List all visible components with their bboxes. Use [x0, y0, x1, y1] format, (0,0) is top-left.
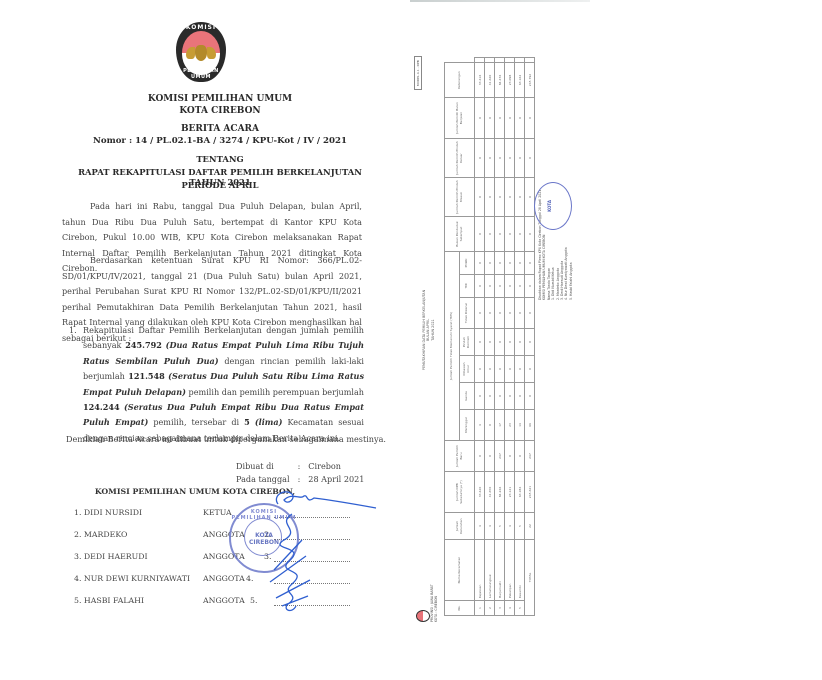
table-cell: 23: [505, 410, 515, 441]
table-cell: 0: [515, 329, 525, 356]
col-header: Keterangan: [445, 63, 475, 98]
col-header: Jumlah Pemilih Pindah Keluar: [445, 139, 475, 178]
table-cell: 5: [515, 601, 525, 616]
table-cell: 0: [505, 275, 515, 298]
table-cell: 0: [505, 98, 515, 139]
model-code-badge: MODEL A.1 - DPB: [414, 56, 422, 90]
document-number: Nomor : 14 / PL.02.1-BA / 3274 / KPU-Kot…: [60, 136, 380, 146]
male-voters: 121.548: [128, 371, 165, 381]
table-cell: 2: [485, 601, 495, 616]
table-cell: 0: [505, 329, 515, 356]
table-cell: 0: [475, 329, 485, 356]
table-cell: 0: [505, 139, 515, 178]
table-cell: 0: [475, 217, 485, 252]
table-cell: 0: [485, 178, 495, 217]
table-cell: 0: [495, 298, 505, 329]
made-at-label: Dibuat di: [236, 461, 296, 472]
table-cell: 0: [485, 217, 495, 252]
member-name: 2. MARDEKO: [74, 530, 127, 539]
table-cell: 0: [495, 252, 505, 275]
attachment-title-line: TAHUN 2021: [431, 210, 435, 450]
table-cell: 0: [495, 275, 505, 298]
total-cell: 0: [525, 275, 535, 298]
attachment-page: PROVINSI : JAWA BARAT KOTA : CIREBON PEM…: [410, 40, 570, 630]
colon: :: [298, 461, 307, 472]
table-cell: 0: [505, 441, 515, 472]
table-cell: 0: [495, 383, 505, 410]
kpu-logo-small-icon: [416, 610, 430, 622]
voter-recap-table: No. Nama Kecamatan Jumlah Kelurahan Juml…: [444, 57, 535, 616]
total-cell: 247: [525, 441, 535, 472]
signature-icon: [262, 510, 322, 620]
table-cell: 0: [485, 410, 495, 441]
date-value: 28 April 2021: [308, 474, 370, 485]
table-cell: 0: [475, 275, 485, 298]
result-text: Rekapitulasi Daftar Pemilih Berkelanjuta…: [83, 323, 364, 446]
closing-statement: Demikian Berita Acara ini dibuat untuk d…: [66, 434, 386, 444]
kecamatan-cell: Kejaksan: [475, 540, 485, 601]
table-cell: 0: [485, 98, 495, 139]
table-cell: 5: [495, 513, 505, 540]
date-label: Pada tanggal: [236, 474, 296, 485]
kecamatan-cell: Kesambi: [515, 540, 525, 601]
table-cell: 63.184: [515, 472, 525, 513]
table-row: 3Harjamukti584.24624717000000000084.476: [495, 58, 505, 616]
table-cell: 17: [495, 410, 505, 441]
table-row: 5Kesambi563.184014000000000063.162: [515, 58, 525, 616]
table-cell: 0: [495, 98, 505, 139]
table-cell: [515, 58, 525, 63]
table-cell: 41.640: [485, 63, 495, 98]
city-label: KOTA: [434, 614, 438, 622]
document-period: PERIODE APRIL: [60, 180, 380, 190]
table-row: 4Pekalipan423.121023000000000023.098: [505, 58, 515, 616]
col-header: Nama Kecamatan: [445, 540, 475, 601]
table-cell: 1: [475, 601, 485, 616]
org-city: KOTA CIREBON: [60, 106, 380, 116]
table-cell: 0: [485, 298, 495, 329]
member-row: 3. DEDI HAERUDIANGGOTA3.: [74, 552, 374, 574]
col-header: Jumlah Pemilih Bulan Berjalan: [445, 98, 475, 139]
total-cell: 0: [525, 356, 535, 383]
table-cell: 23.121: [505, 472, 515, 513]
member-row: 2. MARDEKOANGGOTA2.: [74, 530, 374, 552]
total-cell: 0: [525, 329, 535, 356]
col-header: No.: [445, 601, 475, 616]
table-cell: 0: [475, 298, 485, 329]
table-cell: 0: [485, 383, 495, 410]
table-cell: 33.416: [475, 63, 485, 98]
table-cell: 0: [515, 383, 525, 410]
logo-bottom-text: PEMILIHAN UMUM: [176, 68, 226, 80]
result-text-part: pemilih dan pemilih perempuan berjumlah: [186, 387, 364, 397]
table-cell: [505, 58, 515, 63]
kpu-logo-icon: KOMISI PEMILIHAN UMUM: [176, 22, 226, 82]
table-cell: 4: [505, 601, 515, 616]
table-cell: 63.162: [515, 63, 525, 98]
col-header: TNI: [460, 275, 475, 298]
table-cell: 0: [515, 252, 525, 275]
table-cell: 0: [515, 441, 525, 472]
table-cell: 0: [515, 98, 525, 139]
table-cell: 14: [515, 410, 525, 441]
female-voters: 124.244: [83, 402, 120, 412]
col-header: Bukan Penduduk Setempat: [445, 217, 475, 252]
total-cell: 0: [525, 178, 535, 217]
table-cell: 0: [515, 139, 525, 178]
list-number: 1.: [69, 323, 77, 338]
col-header: Jumlah Kelurahan: [445, 513, 475, 540]
total-cell: 22: [525, 513, 535, 540]
table-cell: 33.420: [475, 472, 485, 513]
member-name: 1. DIDI NURSIDI: [74, 508, 142, 517]
kecamatan-cell: Harjamukti: [495, 540, 505, 601]
tms-group-header: Jumlah Pemilih Tidak Memenuhi Syarat (TM…: [445, 252, 460, 441]
kecamatan-cell: Lemahwungkuk: [485, 540, 495, 601]
colon: :: [298, 474, 307, 485]
table-cell: 0: [485, 275, 495, 298]
logo-top-text: KOMISI: [176, 24, 226, 31]
total-cell: 0: [525, 252, 535, 275]
total-cell: 245.621: [525, 472, 535, 513]
kecamatan-count-words: (lima): [255, 417, 283, 427]
member-row: 4. NUR DEWI KURNIYAWATIANGGOTA4.: [74, 574, 374, 596]
col-header: Ganda: [460, 383, 475, 410]
result-text-part: pemilih, tersebar di: [148, 417, 244, 427]
total-label: TOTAL: [525, 540, 535, 616]
table-cell: 0: [475, 356, 485, 383]
table-cell: 0: [475, 441, 485, 472]
table-cell: 0: [505, 252, 515, 275]
col-header: Jumlah Pemilih Pindah Masuk: [445, 178, 475, 217]
made-at-value: Cirebon: [308, 461, 370, 472]
table-cell: 0: [515, 275, 525, 298]
table-cell: 0: [495, 329, 505, 356]
table-cell: 0: [485, 252, 495, 275]
table-cell: 0: [475, 98, 485, 139]
table-cell: 0: [495, 217, 505, 252]
table-cell: 0: [475, 178, 485, 217]
table-cell: 0: [515, 298, 525, 329]
kecamatan-cell: Pekalipan: [505, 540, 515, 601]
berita-acara-page: KOMISI PEMILIHAN UMUM KOMISI PEMILIHAN U…: [0, 0, 410, 680]
table-cell: 0: [515, 178, 525, 217]
table-cell: 84.476: [495, 63, 505, 98]
total-cell: 245.792: [525, 63, 535, 98]
table-cell: 0: [495, 356, 505, 383]
table-cell: 0: [515, 217, 525, 252]
table-cell: 0: [505, 298, 515, 329]
tentang-heading: TENTANG: [60, 154, 380, 164]
table-cell: 0: [505, 217, 515, 252]
member-name: 3. DEDI HAERUDI: [74, 552, 148, 561]
garuda-wing-left-icon: [186, 47, 195, 59]
member-name: 4. NUR DEWI KURNIYAWATI: [74, 574, 190, 583]
col-header: Meninggal: [460, 410, 475, 441]
stamp-kota: KOTA: [547, 183, 552, 229]
table-cell: 5: [515, 513, 525, 540]
table-total-row: TOTAL22245.621247660000000000245.792: [525, 58, 535, 616]
members-list: 1. DIDI NURSIDIKETUA 2. MARDEKOANGGOTA2.…: [74, 508, 374, 618]
total-cell: 0: [525, 139, 535, 178]
garuda-body-icon: [195, 45, 207, 61]
table-cell: 0: [485, 139, 495, 178]
signature-number: 4.: [246, 574, 253, 583]
table-cell: 0: [485, 329, 495, 356]
table-cell: 0: [485, 441, 495, 472]
member-row: 5. HASBI FALAHIANGGOTA5.: [74, 596, 374, 618]
attachment-title: PEMUTAKHIRAN DATA PEMILIH BERKELANJUTAN …: [422, 210, 435, 450]
table-cell: 0: [495, 178, 505, 217]
kecamatan-count: 5: [244, 417, 250, 427]
table-cell: 3: [495, 601, 505, 616]
table-cell: 23.098: [505, 63, 515, 98]
city-value: : CIREBON: [434, 596, 438, 613]
table-cell: [485, 58, 495, 63]
table-cell: 4: [475, 410, 485, 441]
member-position: ANGGOTA: [203, 574, 245, 583]
table-cell: 0: [475, 252, 485, 275]
total-cell: 0: [525, 217, 535, 252]
attachment-stamp-icon: KOTA: [534, 182, 572, 230]
table-row: 2Lemahwungkuk441.65000000000000041.640: [485, 58, 495, 616]
table-cell: 0: [475, 139, 485, 178]
total-cell: 0: [525, 383, 535, 410]
table-cell: [495, 58, 505, 63]
org-name: KOMISI PEMILIHAN UMUM: [60, 94, 380, 104]
table-cell: [475, 58, 485, 63]
table-cell: 0: [505, 356, 515, 383]
table-cell: 0: [475, 383, 485, 410]
member-position: ANGGOTA: [203, 596, 245, 605]
table-cell: 84.246: [495, 472, 505, 513]
total-voters: 245.792: [125, 340, 162, 350]
col-header: Pindah Domisili: [460, 329, 475, 356]
table-cell: 4: [505, 513, 515, 540]
place-date-block: Dibuat di:Cirebon Pada tanggal:28 April …: [234, 459, 372, 487]
table-cell: 247: [495, 441, 505, 472]
col-header: Jumlah Pemilih Baru: [445, 441, 475, 472]
col-header: Tidak Dikenal: [460, 298, 475, 329]
total-cell: 0: [525, 298, 535, 329]
table-header-group: No. Nama Kecamatan Jumlah Kelurahan Juml…: [445, 58, 460, 616]
col-header: Jumlah DPB Sebelumnya (*): [445, 472, 475, 513]
garuda-wing-right-icon: [207, 47, 216, 59]
document-type: BERITA ACARA: [60, 124, 380, 134]
total-cell: 66: [525, 410, 535, 441]
member-name: 5. HASBI FALAHI: [74, 596, 144, 605]
table-cell: 0: [505, 178, 515, 217]
signature-number: 5.: [250, 596, 257, 605]
table-cell: 4: [475, 513, 485, 540]
member-position: KETUA: [203, 508, 232, 517]
table-cell: 41.650: [485, 472, 495, 513]
table-cell: 0: [515, 356, 525, 383]
table-cell: 4: [485, 513, 495, 540]
scan-edge: [410, 0, 590, 2]
region-block: PROVINSI : JAWA BARAT KOTA : CIREBON: [430, 584, 438, 622]
total-cell: [525, 58, 535, 63]
table-row: 1Kejaksan433.42004000000000033.416: [475, 58, 485, 616]
col-header: Dibawah Umur: [460, 356, 475, 383]
total-cell: 0: [525, 98, 535, 139]
table-body: 1Kejaksan433.42004000000000033.4162Lemah…: [475, 58, 535, 616]
table-cell: 0: [485, 356, 495, 383]
table-cell: 0: [495, 139, 505, 178]
table-cell: 0: [505, 383, 515, 410]
col-header: POLRI: [460, 252, 475, 275]
result-list-item: 1. Rekapitulasi Daftar Pemilih Berkelanj…: [62, 323, 364, 446]
